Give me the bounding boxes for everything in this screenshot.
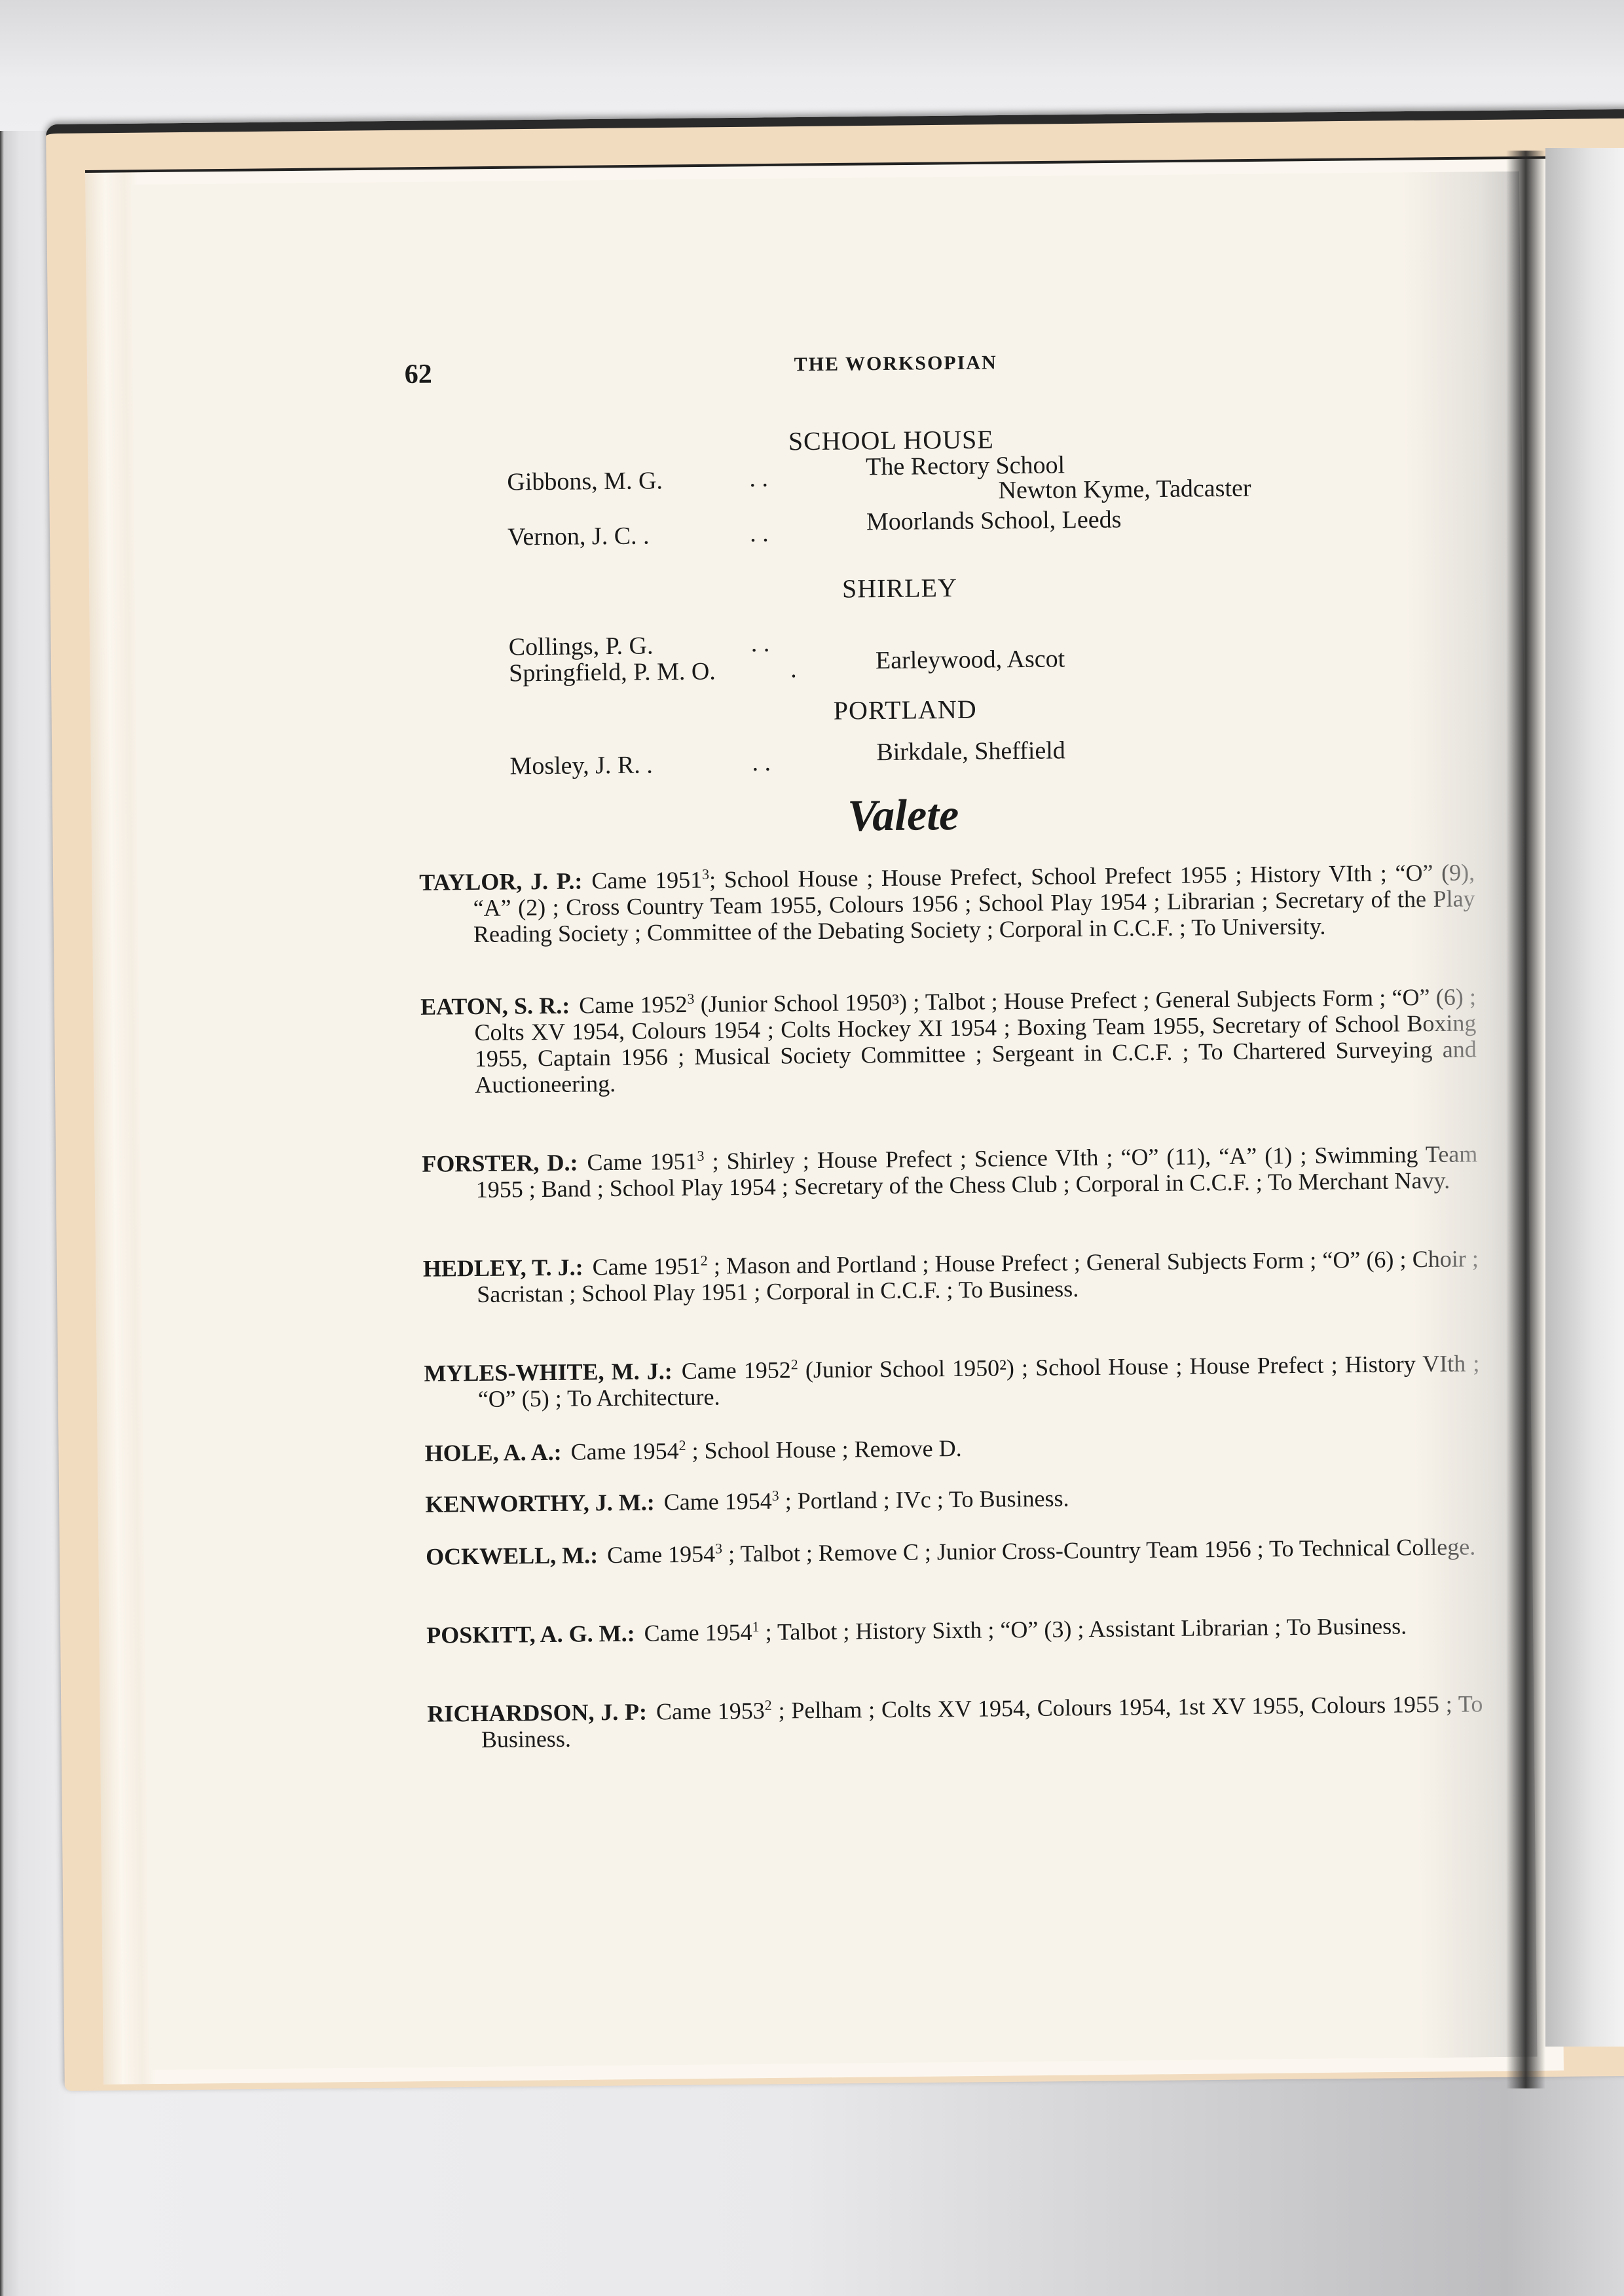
leaver-name: HOLE, A. A.: xyxy=(424,1439,561,1467)
leaver-name: EATON, S. R.: xyxy=(420,993,570,1020)
entry-school: Birkdale, Sheffield xyxy=(876,736,1065,767)
leaver-entry: HOLE, A. A.:Came 19542 ; School House ; … xyxy=(424,1430,1480,1466)
leaver-entry: POSKITT, A. G. M.:Came 19541 ; Talbot ; … xyxy=(426,1612,1482,1648)
leaver-name: FORSTER, D.: xyxy=(422,1150,578,1177)
entry-name: Springfield, P. M. O. xyxy=(509,657,716,687)
entry-name: Mosley, J. R. . xyxy=(509,750,653,780)
leaver-entry: KENWORTHY, J. M.:Came 19543 ; Portland ;… xyxy=(425,1481,1481,1517)
leaver-name: POSKITT, A. G. M.: xyxy=(426,1620,635,1649)
leaver-name: OCKWELL, M.: xyxy=(426,1542,598,1570)
leaver-entry: TAYLOR, J. P.:Came 19513; School House ;… xyxy=(419,859,1475,947)
page-number: 62 xyxy=(405,359,432,390)
house-heading-shirley: SHIRLEY xyxy=(842,572,957,604)
leaver-entry: OCKWELL, M.:Came 19543 ; Talbot ; Remove… xyxy=(426,1533,1481,1569)
leaver-name: HEDLEY, T. J.: xyxy=(423,1254,583,1281)
leaver-entry: RICHARDSON, J. P:Came 19532 ; Pelham ; C… xyxy=(427,1690,1483,1753)
leaver-name: MYLES-WHITE, M. J.: xyxy=(424,1358,673,1387)
entry-school: Moorlands School, Leeds xyxy=(866,505,1122,537)
leaver-entry: HEDLEY, T. J.:Came 19512 ; Mason and Por… xyxy=(423,1245,1479,1307)
entry-name: Vernon, J. C. . xyxy=(507,521,650,551)
leaver-entry: FORSTER, D.:Came 19513 ; Shirley ; House… xyxy=(422,1140,1478,1203)
entry-name: Collings, P. G. xyxy=(509,631,654,661)
leaver-name: KENWORTHY, J. M.: xyxy=(425,1489,655,1517)
running-head: THE WORKSOPIAN xyxy=(794,352,997,376)
leaver-name: RICHARDSON, J. P: xyxy=(427,1699,647,1727)
facing-page xyxy=(1545,148,1624,2047)
leaver-entry: EATON, S. R.:Came 19523 (Junior School 1… xyxy=(420,983,1477,1098)
entry-leader-dots: . . xyxy=(752,748,771,777)
book-gutter-shadow xyxy=(1506,151,1545,2088)
entry-school: Earleywood, Ascot xyxy=(876,644,1065,675)
entry-leader-dots: . . xyxy=(750,519,769,548)
entry-name: Gibbons, M. G. xyxy=(507,466,663,496)
leaver-entry: MYLES-WHITE, M. J.:Came 19522 (Junior Sc… xyxy=(424,1350,1480,1412)
entry-school-line2: Newton Kyme, Tadcaster xyxy=(998,474,1251,505)
entry-leader-dots: . . xyxy=(749,464,768,493)
house-heading-portland: PORTLAND xyxy=(834,694,977,726)
entry-leader-dots: . xyxy=(790,655,797,683)
entry-leader-dots: . . xyxy=(751,629,770,658)
document-page: 62 THE WORKSOPIAN SCHOOL HOUSE Gibbons, … xyxy=(131,172,1538,2070)
leaver-name: TAYLOR, J. P.: xyxy=(419,867,583,895)
section-title-valete: Valete xyxy=(847,789,959,842)
